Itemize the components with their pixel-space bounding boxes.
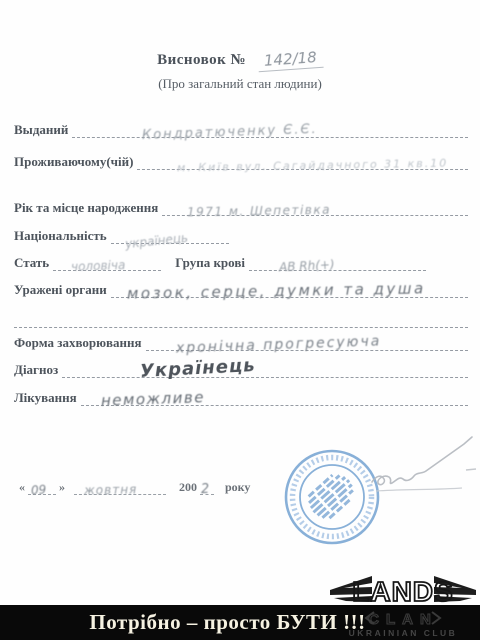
field-issued-line: Кондратюченку Є.Є. <box>72 120 468 138</box>
field-residing: Проживаючому(чій) м. Київ вул. Сагайдачн… <box>14 152 468 170</box>
date-day-value: 09 <box>31 482 47 497</box>
field-diagnosis-value: Українець <box>140 355 257 382</box>
date-year-printed: 200 <box>176 480 200 495</box>
field-blood-line: АВ Rh(+) <box>249 253 426 271</box>
field-issued: Выданий Кондратюченку Є.Є. <box>14 120 468 138</box>
field-treatment: Лікування неможливе <box>14 388 468 406</box>
field-nationality: Національність українець <box>14 226 468 244</box>
title-block: Висновок № 142/18 <box>0 50 480 70</box>
field-issued-label: Выданий <box>14 122 72 138</box>
date-month-line: жовтня <box>74 478 166 495</box>
date-close-quote: » <box>56 480 68 495</box>
organs-continuation <box>14 310 468 328</box>
organs-continuation-line <box>14 310 468 328</box>
document-number-handwritten: 142/18 <box>258 48 324 72</box>
date-day-line: 09 <box>28 478 56 495</box>
field-organs-value: мозок, серце, думки та душа <box>127 279 426 302</box>
field-sex-label: Стать <box>14 255 53 271</box>
field-diagnosis-line: Українець <box>62 360 468 378</box>
field-nationality-value: українець <box>124 231 188 252</box>
date-line: « 09 » жовтня 200 2 року <box>16 478 253 495</box>
field-form-line: хронічна прогресуюча <box>146 333 468 351</box>
field-treatment-label: Лікування <box>14 390 81 406</box>
signature <box>366 434 478 509</box>
field-organs: Уражені органи мозок, серце, думки та ду… <box>14 280 468 298</box>
field-residing-label: Проживаючому(чій) <box>14 154 137 170</box>
field-sex-line: чоловіча <box>53 253 161 271</box>
field-issued-value: Кондратюченку Є.Є. <box>142 122 318 143</box>
stamp-center-emblem <box>303 469 359 523</box>
field-form-label: Форма захворювання <box>14 335 146 351</box>
scanned-certificate: Висновок № 142/18 (Про загальний стан лю… <box>0 0 480 640</box>
date-open-quote: « <box>16 480 28 495</box>
field-form: Форма захворювання хронічна прогресуюча <box>14 333 468 351</box>
date-year-value: 2 <box>201 482 210 497</box>
field-treatment-value: неможливе <box>100 388 205 410</box>
field-blood-label: Група крові <box>175 255 249 271</box>
field-diagnosis-label: Діагноз <box>14 362 62 378</box>
field-organs-label: Уражені органи <box>14 282 111 298</box>
field-nationality-line: українець <box>111 226 229 244</box>
field-sex-value: чоловіча <box>71 258 126 274</box>
field-birth: Рік та місце народження 1971 м. Шепетівк… <box>14 198 468 216</box>
field-blood-value: АВ Rh(+) <box>279 258 335 275</box>
logo-ukrainian-club-text: UKRAINIAN CLUB <box>349 628 458 638</box>
date-suffix: року <box>222 480 253 495</box>
field-birth-label: Рік та місце народження <box>14 200 162 216</box>
field-organs-line: мозок, серце, думки та душа <box>111 280 468 298</box>
logo-lands-text: LANDS <box>352 576 453 607</box>
lands-clan-logo: LANDS CLAN UKRAINIAN CLUB <box>328 564 478 640</box>
field-residing-line: м. Київ вул. Сагайдачного 31 кв.10 <box>137 152 468 170</box>
field-birth-value: 1971 м. Шепетівка <box>187 203 331 220</box>
field-diagnosis: Діагноз Українець <box>14 360 468 378</box>
field-nationality-label: Національність <box>14 228 111 244</box>
field-form-value: хронічна прогресуюча <box>175 333 381 356</box>
date-month-value: жовтня <box>84 483 138 498</box>
field-sex-blood: Стать чоловіча Група крові АВ Rh(+) <box>14 253 468 271</box>
logo-clan-text: CLAN <box>368 611 438 628</box>
date-year-line: 2 <box>200 478 214 495</box>
document-subtitle: (Про загальний стан людини) <box>0 76 480 92</box>
field-birth-line: 1971 м. Шепетівка <box>162 198 468 216</box>
document-title: Висновок № <box>157 52 246 68</box>
field-treatment-line: неможливе <box>81 388 468 406</box>
field-residing-value: м. Київ вул. Сагайдачного 31 кв.10 <box>177 157 448 175</box>
